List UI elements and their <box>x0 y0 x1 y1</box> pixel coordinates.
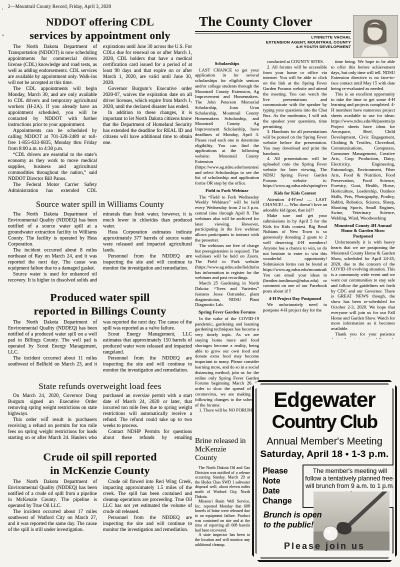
paragraph: Thank you for your patience during these… <box>331 331 395 339</box>
paragraph: 2. All forums will be accessible from yo… <box>263 64 327 129</box>
article-body: The North Dakota Department of Transport… <box>8 44 192 194</box>
article-state-refunds: State refunds overweight load fees On Ma… <box>8 382 192 446</box>
paragraph: Crude oil flowed into Red Wing Creek, im… <box>103 479 192 515</box>
county-clover-section: The County Clover Lynnette Vachal Extens… <box>195 12 397 49</box>
ad-title-line1: Edgewater <box>257 389 393 412</box>
paragraph: The CDL appointments will begin Monday, … <box>8 86 97 128</box>
clover-columns: ScholarshipsLAST CHANCE to get your appl… <box>195 59 397 431</box>
article-brine: Brine released in McKenzie County The No… <box>195 437 250 562</box>
ad-join-text: Please join us <box>257 541 393 552</box>
article-nddot: NDDOT offering CDL services by appointme… <box>8 15 192 194</box>
sub-headline: Scholarships <box>195 61 259 66</box>
article-body: The North Dakota Oil and Gas Division wa… <box>195 466 250 562</box>
paragraph: Attention 4-H’ers! — LAST CHANCE! — Who … <box>263 197 327 213</box>
ad-note-label: Please Note Date Change <box>263 467 292 507</box>
paragraph: Make sure and get your submissions in by… <box>263 213 327 294</box>
paragraph: The North Dakota Oil and Gas Division wa… <box>195 466 250 500</box>
ad-edgewater-country-club: Edgewater Country Club Annual Member's M… <box>252 380 397 562</box>
paragraph: The incident occurred about 8 miles nort… <box>8 248 97 272</box>
sub-headline: Mountrail County 4H Annual Home & Garden… <box>331 223 395 239</box>
paragraph: Scout Energy Management, LLC estimates t… <box>103 332 192 356</box>
paragraph: Personnel from the NDDEQ are inspecting … <box>103 254 192 272</box>
paragraph: The North Dakota Department of Transport… <box>8 44 97 86</box>
article-produced-water: Produced water spill reported in Billing… <box>8 291 192 376</box>
headline-source-water: Source water spill in Williams County <box>8 200 192 210</box>
paragraph: We unfortunately need to postpone 4-H pr… <box>263 302 327 313</box>
clover-column-3: time being. We hope to be able to offer … <box>331 59 395 339</box>
paragraph: Hess Corporation estimates indicate appr… <box>103 230 192 254</box>
paragraph: 1. There will be NO FORUMS <box>195 408 259 413</box>
headline-nddot: NDDOT offering CDL services by appointme… <box>8 15 192 42</box>
paragraph: Personnel from the NDDEQ are inspecting … <box>103 515 192 533</box>
clover-column-1: ScholarshipsLAST CHANCE to get your appl… <box>195 59 259 431</box>
paragraph: The “Field to Fork Wednesday Weekly Webi… <box>195 194 259 243</box>
ad-brunch-text: Brunch is open to the public! <box>264 511 324 531</box>
paragraph: March 25 Gardening in North Dakota: “Tre… <box>195 281 259 308</box>
left-column-block: 2—Mountrail County Record, Friday, April… <box>8 4 192 541</box>
paragraph: Appointments can be scheduled by calling… <box>8 128 97 152</box>
paragraph: Missouri Basin Well Service, Inc. report… <box>195 499 250 533</box>
sub-headline: Kids for Kids Contest <box>263 191 327 196</box>
paragraph: Unfortunately it is with heavy hearts th… <box>331 240 395 332</box>
paragraph: The North Dakota Department of Environme… <box>8 320 97 356</box>
page-folio: 2—Mountrail County Record, Friday, April… <box>8 4 192 10</box>
article-crude-oil: Crude oil spill reported in McKenzie Cou… <box>8 450 192 541</box>
paragraph: On March 24, 2020, Governor Doug Burgum … <box>8 393 97 417</box>
article-body: The North Dakota Department of Environme… <box>8 320 192 376</box>
paragraph: The North Dakota Department of Environme… <box>8 479 97 509</box>
paragraph: The incident occurred about 17 miles sou… <box>8 509 97 533</box>
paragraph: Governor Burgum’s Executive order 2020-0… <box>103 86 192 110</box>
newspaper-page: ' • + 2—Mountrail County Record, Friday,… <box>0 0 400 567</box>
clover-column-2: conducted at COUNTY SITES.2. All forums … <box>263 59 327 378</box>
article-source-water: Source water spill in Williams County Th… <box>8 200 192 286</box>
scan-artifact: ' <box>2 7 3 15</box>
sub-headline: Field to Fork Webinar <box>195 188 259 193</box>
clover-byline: Lynnette Vachal Extension Agent, Mountra… <box>195 35 351 49</box>
scan-artifact: • <box>2 32 4 40</box>
headline-state-refunds: State refunds overweight load fees <box>8 382 192 392</box>
paragraph: 3. Handouts for all presentations will b… <box>263 129 327 156</box>
article-body: On March 24, 2020, Governor Doug Burgum … <box>8 393 192 445</box>
divider-rule <box>195 31 351 34</box>
paragraph: In the wake of the COVID-19 pandemic, ga… <box>195 316 259 408</box>
headline-crude-oil: Crude oil spill reported in McKenzie Cou… <box>8 450 192 477</box>
paragraph: “CDL drivers are essential to the state’… <box>8 152 97 182</box>
headline-brine: Brine released in McKenzie County <box>195 437 250 463</box>
columnist-photo-graphic <box>354 16 397 57</box>
paragraph: The North Dakota Department of Environme… <box>8 212 97 248</box>
ad-subtitle: Annual Member's Meeting <box>257 436 393 448</box>
paragraph: A state inspector has been to the locati… <box>195 533 250 547</box>
paragraph: Personnel from the NDDEQ are inspecting … <box>103 356 192 374</box>
ad-title-line2: Country Club <box>257 412 393 433</box>
paragraph: The webinars are free of charge but prer… <box>195 243 259 281</box>
sub-headline: 4-H Project Day Postponed <box>263 296 327 301</box>
headline-produced-water: Produced water spill reported in Billing… <box>8 291 192 318</box>
article-body: The North Dakota Department of Environme… <box>8 212 192 286</box>
ad-datetime: Saturday, April 18 • 1-3 p.m. <box>257 449 393 461</box>
paragraph: In addition to these changes, it is impo… <box>103 110 192 146</box>
article-body: The North Dakota Department of Environme… <box>8 479 192 541</box>
paragraph: LAST CHANCE to get your application in f… <box>195 67 259 186</box>
paragraph: 4. All presentations will be uploaded on… <box>263 156 327 188</box>
paragraph: time being. We hope to be able to offer … <box>331 59 395 91</box>
columnist-photo <box>353 15 398 58</box>
sub-headline: Spring Fever Garden Forums <box>195 310 259 315</box>
ad-inner-frame: Edgewater Country Club Annual Member's M… <box>256 384 394 559</box>
paragraph: This is an excellent opportunity to take… <box>331 91 395 221</box>
